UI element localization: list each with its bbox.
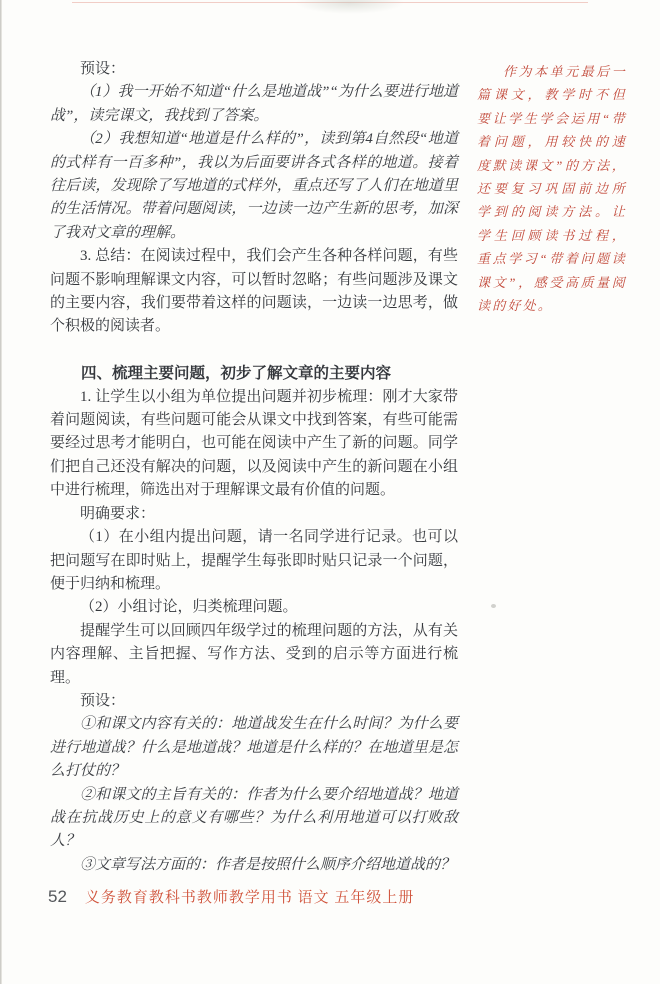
paragraph-1: 预设： bbox=[50, 58, 458, 81]
page-number: 52 bbox=[48, 887, 67, 907]
margin-note: 作为本单元最后一篇课文，教学时不但要让学生学会运用“带着问题，用较快的速度默读课… bbox=[477, 60, 627, 317]
book-page: 预设：（1）我一开始不知道“什么是地道战”“为什么要进行地道战”，读完课文，我找… bbox=[0, 0, 660, 984]
paragraph-5: 四、梳理主要问题，初步了解文章的主要内容 bbox=[50, 362, 458, 385]
paragraph-7: 明确要求： bbox=[50, 503, 458, 526]
paragraph-14: ③文章写法方面的：作者是按照什么顺序介绍地道战的？ bbox=[50, 854, 458, 877]
paragraph-13: ②和课文的主旨有关的：作者为什么要介绍地道战？地道战在抗战历史上的意义有哪些？为… bbox=[50, 784, 458, 854]
page-footer: 52 义务教育教科书教师教学用书 语文 五年级上册 bbox=[48, 886, 414, 907]
paragraph-10: 提醒学生可以回顾四年级学过的梳理问题的方法，从有关内容理解、主旨把握、写作方法、… bbox=[50, 620, 458, 690]
footer-book-title: 义务教育教科书教师教学用书 语文 五年级上册 bbox=[85, 886, 415, 907]
scan-speck bbox=[491, 604, 496, 608]
scan-edge bbox=[0, 0, 2, 984]
paragraph-11: 预设： bbox=[50, 690, 458, 713]
paragraph-4: 3. 总结：在阅读过程中，我们会产生各种各样问题，有些问题不影响理解课文内容，可… bbox=[50, 245, 458, 339]
paragraph-12: ①和课文内容有关的：地道战发生在什么时间？为什么要进行地道战？什么是地道战？地道… bbox=[50, 713, 458, 783]
paragraph-3: （2）我想知道“地道是什么样的”，读到第4自然段“地道的式样有一百多种”，我以为… bbox=[50, 128, 458, 245]
paragraph-2: （1）我一开始不知道“什么是地道战”“为什么要进行地道战”，读完课文，我找到了答… bbox=[50, 81, 458, 128]
paragraph-9: （2）小组讨论，归类梳理问题。 bbox=[50, 596, 458, 619]
scan-smudge bbox=[295, 0, 405, 14]
main-text-column: 预设：（1）我一开始不知道“什么是地道战”“为什么要进行地道战”，读完课文，我找… bbox=[50, 58, 458, 877]
paragraph-6: 1. 让学生以小组为单位提出问题并初步梳理：刚才大家带着问题阅读，有些问题可能会… bbox=[50, 386, 458, 503]
paragraph-8: （1）在小组内提出问题，请一名同学进行记录。也可以把问题写在即时贴上，提醒学生每… bbox=[50, 526, 458, 596]
